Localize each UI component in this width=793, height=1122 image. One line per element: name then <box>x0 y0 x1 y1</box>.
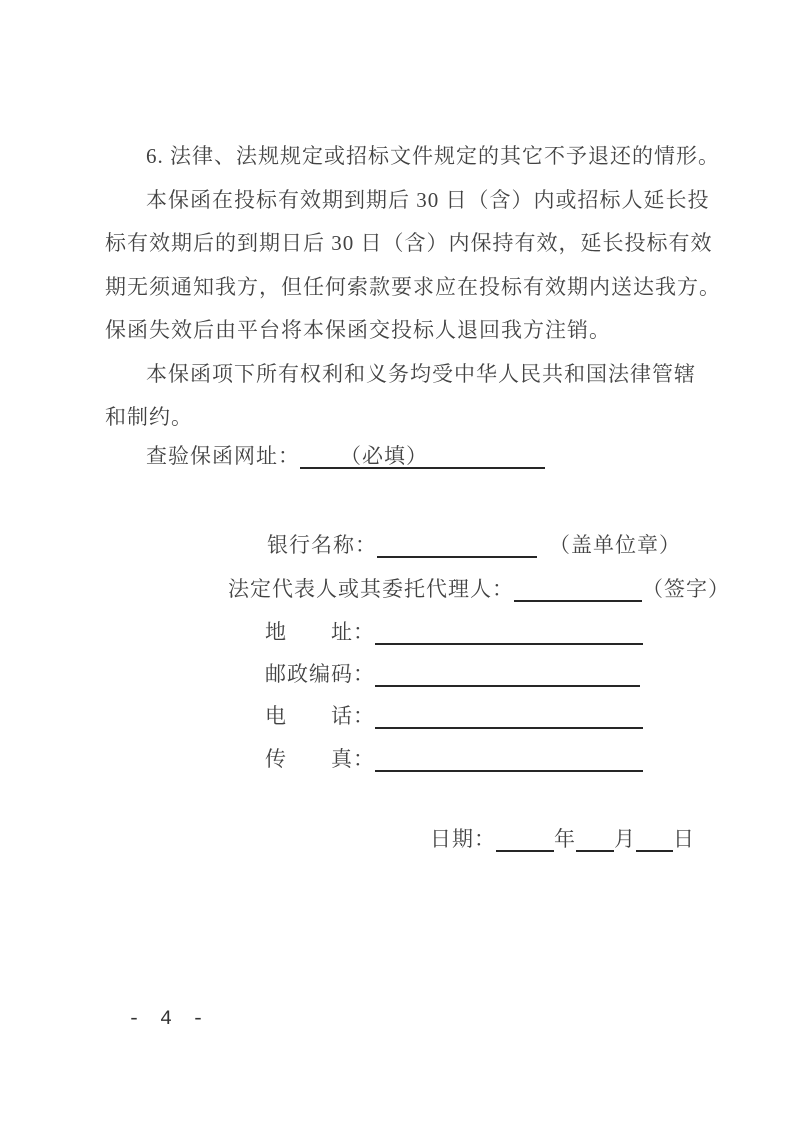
postal-code-row: 邮政编码： <box>265 661 640 687</box>
required-note: （必填） <box>340 444 428 468</box>
postal-code-label: 邮政编码： <box>265 662 375 686</box>
fax-label: 传 真： <box>265 747 375 771</box>
phone-blank <box>375 703 643 729</box>
date-row: 日期：年月日 <box>430 826 695 852</box>
fax-blank <box>375 746 643 772</box>
fax-row: 传 真： <box>265 746 643 772</box>
bank-name-label: 银行名称： <box>267 533 377 557</box>
postal-code-blank <box>375 661 640 687</box>
date-month-suffix: 月 <box>614 827 636 851</box>
legal-rep-row: 法定代表人或其委托代理人：（签字） <box>228 576 730 602</box>
verify-url-label: 查验保函网址： <box>146 444 300 468</box>
body-line: 本保函项下所有权利和义务均受中华人民共和国法律管辖 <box>146 361 696 387</box>
legal-rep-blank <box>514 576 642 602</box>
legal-rep-sign-note: （签字） <box>642 577 730 601</box>
body-line: 保函失效后由平台将本保函交投标人退回我方注销。 <box>105 317 611 343</box>
body-line: 本保函在投标有效期到期后 30 日（含）内或招标人延长投 <box>146 187 710 213</box>
bank-name-seal-note: （盖单位章） <box>549 533 681 557</box>
phone-row: 电 话： <box>265 703 643 729</box>
body-line: 6. 法律、法规规定或招标文件规定的其它不予退还的情形。 <box>146 143 720 169</box>
address-row: 地 址： <box>265 619 643 645</box>
verify-url-blank: （必填） <box>300 443 545 469</box>
date-day-blank <box>636 826 673 852</box>
date-day-suffix: 日 <box>673 827 695 851</box>
legal-rep-label: 法定代表人或其委托代理人： <box>228 577 514 601</box>
address-label: 地 址： <box>265 620 375 644</box>
phone-label: 电 话： <box>265 704 375 728</box>
address-blank <box>375 619 643 645</box>
date-year-suffix: 年 <box>554 827 576 851</box>
date-label: 日期： <box>430 827 496 851</box>
body-line: 和制约。 <box>105 404 193 430</box>
body-line: 标有效期后的到期日后 30 日（含）内保持有效，延长投标有效 <box>105 230 713 256</box>
date-month-blank <box>576 826 614 852</box>
document-page: 6. 法律、法规规定或招标文件规定的其它不予退还的情形。 本保函在投标有效期到期… <box>0 0 793 1122</box>
verify-url-row: 查验保函网址：（必填） <box>146 443 545 469</box>
date-year-blank <box>496 826 554 852</box>
bank-name-row: 银行名称：（盖单位章） <box>267 532 681 558</box>
body-line: 期无须通知我方，但任何索款要求应在投标有效期内送达我方。 <box>105 274 721 300</box>
bank-name-blank <box>377 532 537 558</box>
page-number: - 4 - <box>128 1008 208 1031</box>
